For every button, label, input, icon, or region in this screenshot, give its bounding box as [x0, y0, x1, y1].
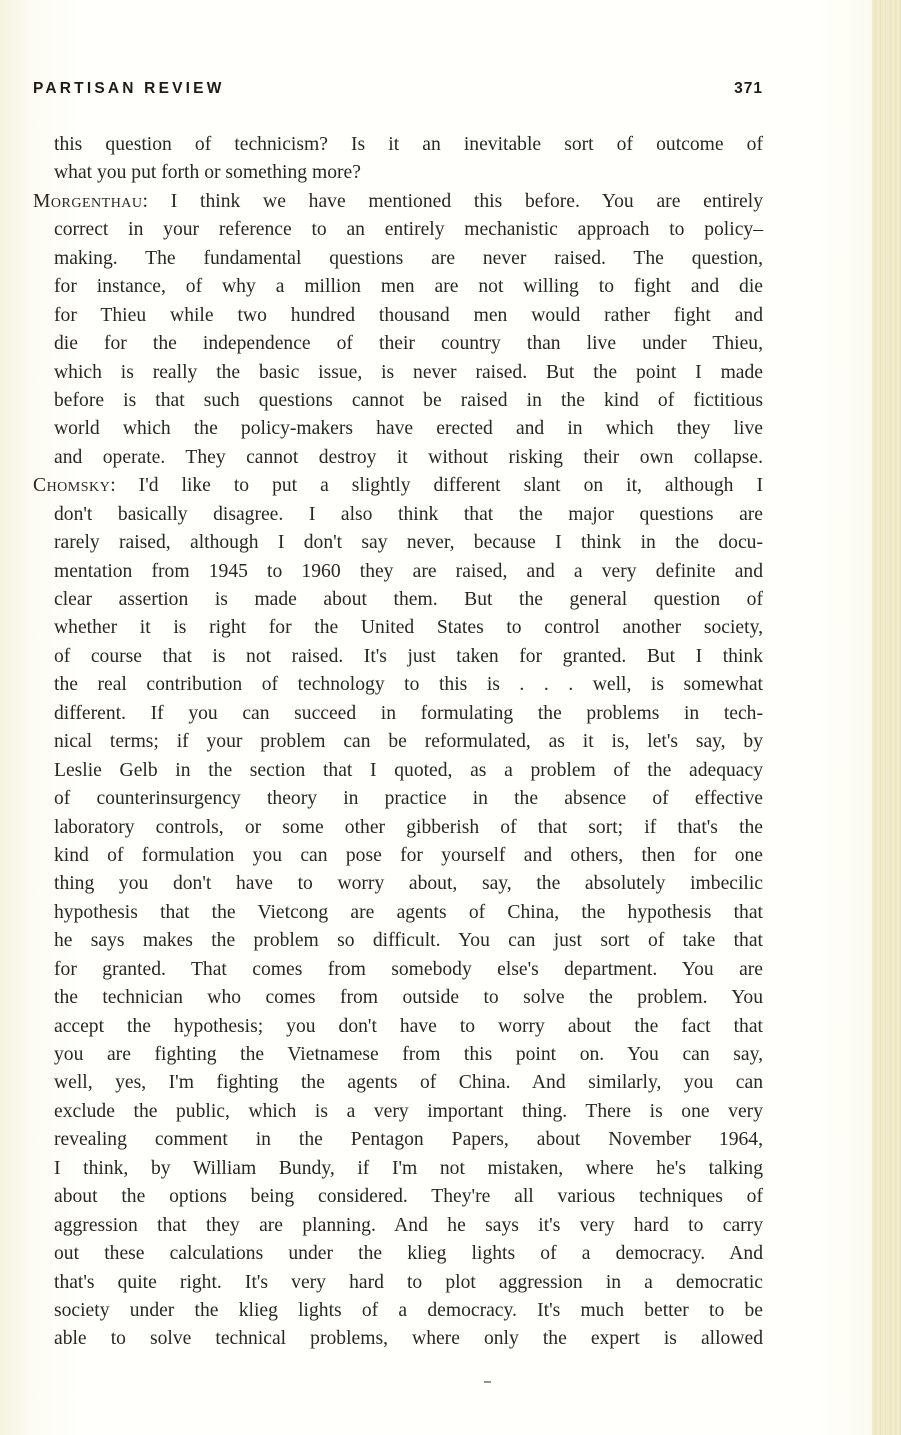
text-line: that's quite right. It's very hard to pl… [33, 1269, 763, 1297]
line-text: society under the klieg lights of a demo… [54, 1300, 763, 1321]
speaker-name: Morgenthau [33, 191, 143, 212]
line-text: well, yes, I'm fighting the agents of Ch… [54, 1072, 763, 1093]
line-text: about the options being considered. They… [54, 1186, 763, 1207]
line-text: thing you don't have to worry about, say… [54, 873, 763, 894]
text-line: the real contribution of technology to t… [33, 671, 763, 699]
line-text: you are fighting the Vietnamese from thi… [54, 1044, 763, 1065]
speaker-name: Chomsky [33, 475, 110, 496]
page-edge [872, 0, 901, 1435]
text-line: accept the hypothesis; you don't have to… [33, 1013, 763, 1041]
line-text: which is really the basic issue, is neve… [54, 362, 763, 383]
text-line: the technician who comes from outside to… [33, 984, 763, 1012]
line-text: rarely raised, although I don't say neve… [54, 532, 763, 553]
line-text: out these calculations under the klieg l… [54, 1243, 763, 1264]
text-line: laboratory controls, or some other gibbe… [33, 814, 763, 842]
journal-title: PARTISAN REVIEW [33, 80, 225, 98]
line-text: of counterinsurgency theory in practice … [54, 788, 763, 809]
text-line: what you put forth or something more? [33, 159, 763, 187]
line-text: able to solve technical problems, where … [54, 1328, 763, 1349]
line-text: for Thieu while two hundred thousand men… [54, 305, 763, 326]
line-text: for granted. That comes from somebody el… [54, 959, 763, 980]
text-line: different. If you can succeed in formula… [33, 700, 763, 728]
line-text: don't basically disagree. I also think t… [54, 504, 763, 525]
line-text: revealing comment in the Pentagon Papers… [54, 1129, 763, 1150]
line-text: before is that such questions cannot be … [54, 390, 763, 411]
text-line: for Thieu while two hundred thousand men… [33, 302, 763, 330]
text-line: Leslie Gelb in the section that I quoted… [33, 757, 763, 785]
line-text: aggression that they are planning. And h… [54, 1215, 763, 1236]
text-line: out these calculations under the klieg l… [33, 1240, 763, 1268]
line-text: the real contribution of technology to t… [54, 674, 763, 695]
line-text: the technician who comes from outside to… [54, 987, 763, 1008]
speaker-line: Chomsky: I'd like to put a slightly diff… [33, 472, 763, 500]
text-line: about the options being considered. They… [33, 1183, 763, 1211]
line-text: this question of technicism? Is it an in… [54, 134, 763, 155]
line-text: hypothesis that the Vietcong are agents … [54, 902, 763, 923]
text-line: for granted. That comes from somebody el… [33, 956, 763, 984]
body-text: this question of technicism? Is it an in… [33, 131, 763, 1354]
text-line: revealing comment in the Pentagon Papers… [33, 1126, 763, 1154]
text-line: thing you don't have to worry about, say… [33, 870, 763, 898]
text-line: this question of technicism? Is it an in… [33, 131, 763, 159]
line-text: exclude the public, which is a very impo… [54, 1101, 763, 1122]
line-text: that's quite right. It's very hard to pl… [54, 1272, 763, 1293]
text-line: hypothesis that the Vietcong are agents … [33, 899, 763, 927]
line-text: world which the policy-makers have erect… [54, 418, 763, 439]
line-text: for instance, of why a million men are n… [54, 276, 763, 297]
line-text: I think, by William Bundy, if I'm not mi… [54, 1158, 763, 1179]
text-line: whether it is right for the United State… [33, 614, 763, 642]
line-text: die for the independence of their countr… [54, 333, 763, 354]
text-line: exclude the public, which is a very impo… [33, 1098, 763, 1126]
book-page: PARTISAN REVIEW 371 this question of tec… [0, 0, 872, 1435]
line-text: kind of formulation you can pose for you… [54, 845, 763, 866]
text-line: society under the klieg lights of a demo… [33, 1297, 763, 1325]
line-text: he says makes the problem so difficult. … [54, 930, 763, 951]
text-line: clear assertion is made about them. But … [33, 586, 763, 614]
line-text: accept the hypothesis; you don't have to… [54, 1016, 763, 1037]
text-line: die for the independence of their countr… [33, 330, 763, 358]
line-text: correct in your reference to an entirely… [54, 219, 763, 240]
text-line: rarely raised, although I don't say neve… [33, 529, 763, 557]
text-line: you are fighting the Vietnamese from thi… [33, 1041, 763, 1069]
text-line: able to solve technical problems, where … [33, 1325, 763, 1353]
line-text: what you put forth or something more? [54, 162, 361, 183]
speaker-line: Morgenthau: I think we have mentioned th… [33, 188, 763, 216]
text-line: he says makes the problem so difficult. … [33, 927, 763, 955]
line-text: : I'd like to put a slightly different s… [110, 475, 763, 496]
line-text: and operate. They cannot destroy it with… [54, 447, 763, 468]
line-text: of course that is not raised. It's just … [54, 646, 763, 667]
text-line: making. The fundamental questions are ne… [33, 245, 763, 273]
text-line: mentation from 1945 to 1960 they are rai… [33, 558, 763, 586]
line-text: whether it is right for the United State… [54, 617, 763, 638]
text-line: which is really the basic issue, is neve… [33, 359, 763, 387]
text-line: nical terms; if your problem can be refo… [33, 728, 763, 756]
text-line: and operate. They cannot destroy it with… [33, 444, 763, 472]
line-text: making. The fundamental questions are ne… [54, 248, 763, 269]
line-text: Leslie Gelb in the section that I quoted… [54, 760, 763, 781]
text-line: kind of formulation you can pose for you… [33, 842, 763, 870]
text-line: don't basically disagree. I also think t… [33, 501, 763, 529]
text-line: before is that such questions cannot be … [33, 387, 763, 415]
footer-mark [484, 1381, 491, 1383]
page-number: 371 [734, 80, 763, 98]
line-text: nical terms; if your problem can be refo… [54, 731, 763, 752]
text-line: well, yes, I'm fighting the agents of Ch… [33, 1069, 763, 1097]
text-line: aggression that they are planning. And h… [33, 1212, 763, 1240]
line-text: clear assertion is made about them. But … [54, 589, 763, 610]
running-head: PARTISAN REVIEW 371 [33, 80, 763, 102]
text-line: I think, by William Bundy, if I'm not mi… [33, 1155, 763, 1183]
text-line: of course that is not raised. It's just … [33, 643, 763, 671]
line-text: mentation from 1945 to 1960 they are rai… [54, 561, 763, 582]
line-text: laboratory controls, or some other gibbe… [54, 817, 763, 838]
line-text: : I think we have mentioned this before.… [143, 191, 763, 212]
text-line: of counterinsurgency theory in practice … [33, 785, 763, 813]
text-line: world which the policy-makers have erect… [33, 415, 763, 443]
text-line: correct in your reference to an entirely… [33, 216, 763, 244]
text-line: for instance, of why a million men are n… [33, 273, 763, 301]
line-text: different. If you can succeed in formula… [54, 703, 763, 724]
